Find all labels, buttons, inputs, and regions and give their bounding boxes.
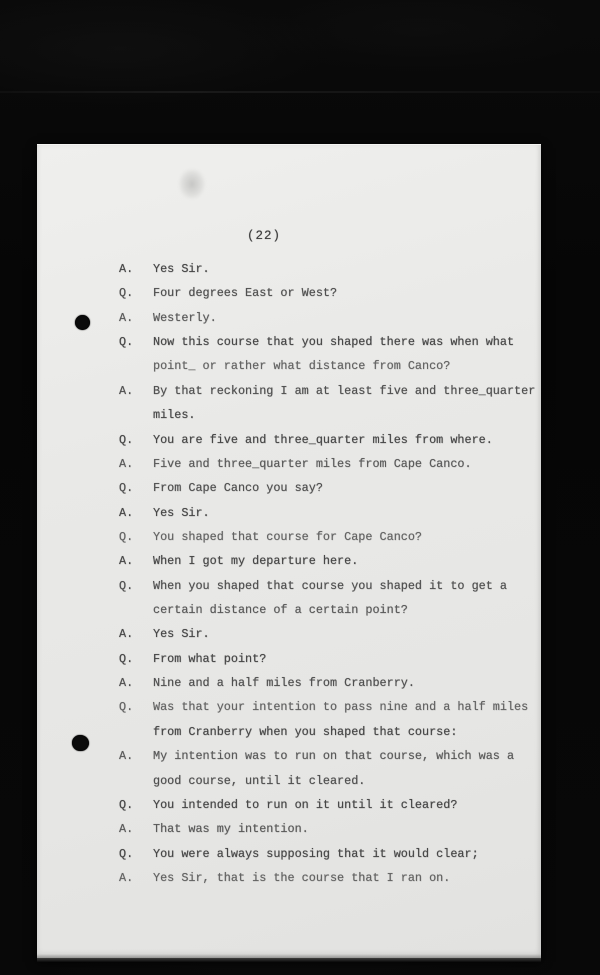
line-text: certain distance of a certain point? bbox=[153, 603, 529, 617]
speaker-label: A. bbox=[119, 749, 153, 763]
transcript-line: A.Yes Sir. bbox=[119, 627, 529, 651]
transcript: A.Yes Sir.Q.Four degrees East or West?A.… bbox=[119, 262, 529, 895]
transcript-line: Q.From what point? bbox=[119, 652, 529, 676]
speaker-label: Q. bbox=[119, 530, 153, 544]
line-text: That was my intention. bbox=[153, 822, 529, 836]
line-text: Yes Sir. bbox=[153, 506, 529, 520]
transcript-line: A.By that reckoning I am at least five a… bbox=[119, 384, 529, 408]
speaker-label: A. bbox=[119, 627, 153, 641]
transcript-line: A.Westerly. bbox=[119, 311, 529, 335]
speaker-label: A. bbox=[119, 457, 153, 471]
line-text: Westerly. bbox=[153, 311, 529, 325]
scanned-page: (22) A.Yes Sir.Q.Four degrees East or We… bbox=[37, 144, 541, 958]
speaker-label: Q. bbox=[119, 798, 153, 812]
speaker-label: Q. bbox=[119, 286, 153, 300]
transcript-line: A.My intention was to run on that course… bbox=[119, 749, 529, 773]
transcript-line: point_ or rather what distance from Canc… bbox=[119, 359, 529, 383]
line-text: My intention was to run on that course, … bbox=[153, 749, 529, 763]
line-text: You intended to run on it until it clear… bbox=[153, 798, 529, 812]
speaker-label: A. bbox=[119, 506, 153, 520]
transcript-line: Q.From Cape Canco you say? bbox=[119, 481, 529, 505]
background-seam-line bbox=[0, 91, 600, 93]
line-text: You are five and three_quarter miles fro… bbox=[153, 433, 529, 447]
speaker-label: A. bbox=[119, 262, 153, 276]
line-text: Nine and a half miles from Cranberry. bbox=[153, 676, 529, 690]
transcript-line: Q.Now this course that you shaped there … bbox=[119, 335, 529, 359]
line-text: Was that your intention to pass nine and… bbox=[153, 700, 529, 714]
line-text: miles. bbox=[153, 408, 529, 422]
speaker-label: A. bbox=[119, 676, 153, 690]
line-text: You were always supposing that it would … bbox=[153, 847, 529, 861]
line-text: When I got my departure here. bbox=[153, 554, 529, 568]
line-text: point_ or rather what distance from Canc… bbox=[153, 359, 529, 373]
transcript-line: from Cranberry when you shaped that cour… bbox=[119, 725, 529, 749]
transcript-line: Q.When you shaped that course you shaped… bbox=[119, 579, 529, 603]
speaker-label: Q. bbox=[119, 652, 153, 666]
line-text: You shaped that course for Cape Canco? bbox=[153, 530, 529, 544]
line-text: Yes Sir, that is the course that I ran o… bbox=[153, 871, 529, 885]
speaker-label: Q. bbox=[119, 579, 153, 593]
speaker-label: Q. bbox=[119, 433, 153, 447]
speaker-label: A. bbox=[119, 554, 153, 568]
transcript-line: A.Yes Sir. bbox=[119, 262, 529, 286]
line-text: From Cape Canco you say? bbox=[153, 481, 529, 495]
transcript-line: A.Yes Sir. bbox=[119, 506, 529, 530]
transcript-line: A.Nine and a half miles from Cranberry. bbox=[119, 676, 529, 700]
speaker-label: A. bbox=[119, 311, 153, 325]
line-text: Yes Sir. bbox=[153, 627, 529, 641]
speaker-label: Q. bbox=[119, 335, 153, 349]
speaker-label: A. bbox=[119, 871, 153, 885]
line-text: Five and three_quarter miles from Cape C… bbox=[153, 457, 529, 471]
transcript-line: Q.Four degrees East or West? bbox=[119, 286, 529, 310]
hole-punch-bottom bbox=[72, 735, 89, 751]
speaker-label: Q. bbox=[119, 481, 153, 495]
transcript-line: Q.You shaped that course for Cape Canco? bbox=[119, 530, 529, 554]
speaker-label: Q. bbox=[119, 700, 153, 714]
transcript-line: A.That was my intention. bbox=[119, 822, 529, 846]
pencil-smudge bbox=[179, 169, 205, 199]
line-text: good course, until it cleared. bbox=[153, 774, 529, 788]
line-text: Now this course that you shaped there wa… bbox=[153, 335, 529, 349]
transcript-line: Q.You are five and three_quarter miles f… bbox=[119, 433, 529, 457]
transcript-line: Q.You intended to run on it until it cle… bbox=[119, 798, 529, 822]
transcript-line: certain distance of a certain point? bbox=[119, 603, 529, 627]
line-text: Four degrees East or West? bbox=[153, 286, 529, 300]
transcript-line: Q.You were always supposing that it woul… bbox=[119, 847, 529, 871]
line-text: Yes Sir. bbox=[153, 262, 529, 276]
hole-punch-top bbox=[75, 315, 90, 330]
speaker-label: A. bbox=[119, 822, 153, 836]
transcript-line: Q.Was that your intention to pass nine a… bbox=[119, 700, 529, 724]
transcript-line: A.When I got my departure here. bbox=[119, 554, 529, 578]
transcript-line: miles. bbox=[119, 408, 529, 432]
transcript-line: good course, until it cleared. bbox=[119, 774, 529, 798]
transcript-line: A.Yes Sir, that is the course that I ran… bbox=[119, 871, 529, 895]
line-text: By that reckoning I am at least five and… bbox=[153, 384, 535, 398]
line-text: from Cranberry when you shaped that cour… bbox=[153, 725, 529, 739]
transcript-line: A.Five and three_quarter miles from Cape… bbox=[119, 457, 529, 481]
line-text: From what point? bbox=[153, 652, 529, 666]
speaker-label: A. bbox=[119, 384, 153, 398]
line-text: When you shaped that course you shaped i… bbox=[153, 579, 529, 593]
speaker-label: Q. bbox=[119, 847, 153, 861]
page-number: (22) bbox=[247, 229, 281, 243]
